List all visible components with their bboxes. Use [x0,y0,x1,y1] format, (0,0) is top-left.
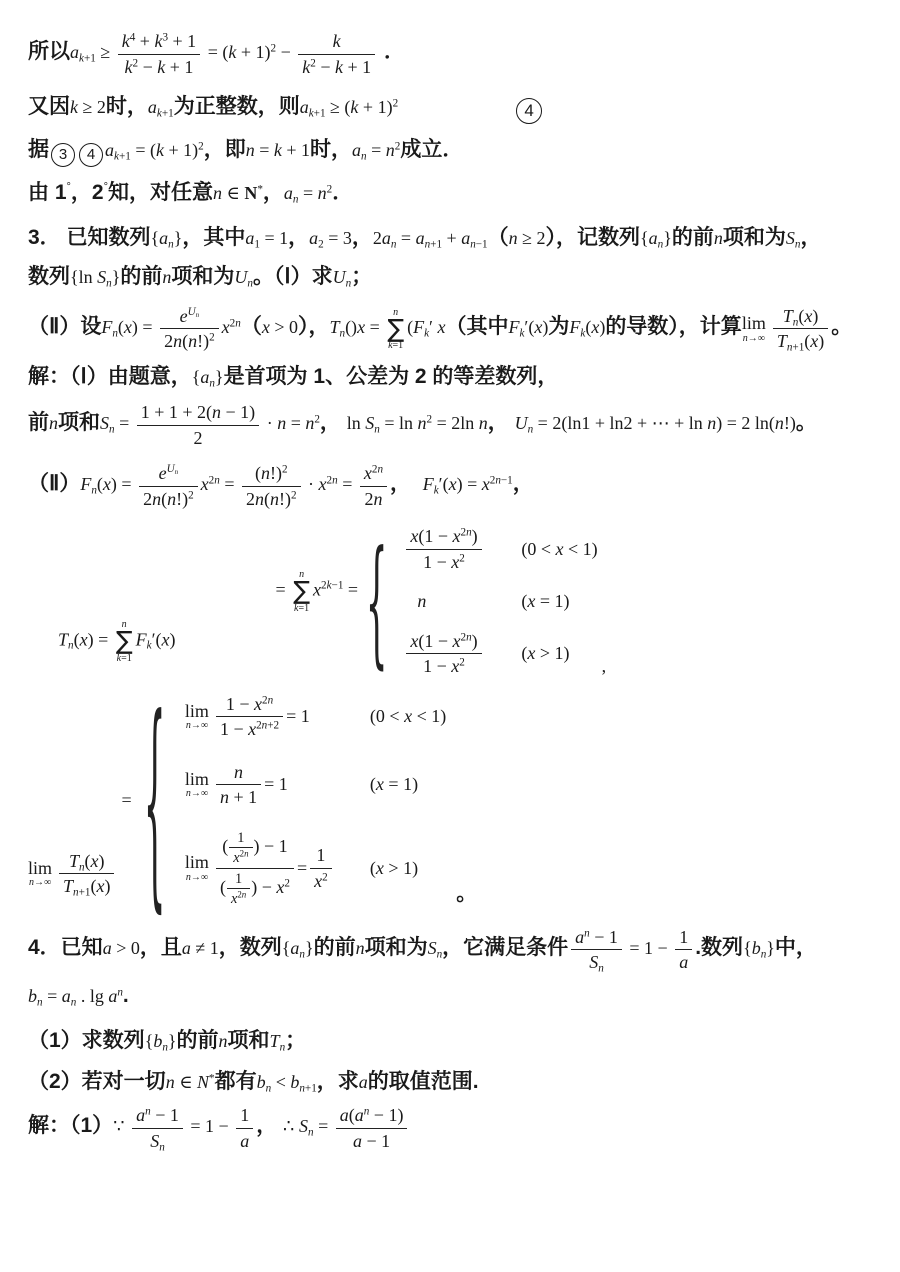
line-problem4-q1: （1）求数列{bn}的前n项和Tn； [28,1028,894,1054]
line-you-1-2-zhi: 由 1°，2°知，对任意n ∈ N*，an = n2． [28,180,894,206]
block-tnx-piecewise: Tn(x) = n∑k=1Fk′(x)= n∑k=1x2k−1 ={x(1 − … [58,525,894,678]
line-problem3-part1: 数列{ln Sn}的前n项和为Un。（Ⅰ）求Un； [28,264,894,290]
line-solution4-start: 解：（1）∵ an − 1Sn = 1 − 1a， ∴ Sn = a(an − … [28,1104,894,1152]
line-problem3-part2: （Ⅱ）设Fn(x) = eUn2n(n!)2x2n（x > 0），Tn()x =… [28,305,894,353]
line-problem3-statement: 3． 已知数列{an}，其中a1 = 1，a2 = 3，2an = an+1 +… [28,225,894,251]
math-document-page: 所以ak+1 ≥ k4 + k3 + 1k2 − k + 1 = (k + 1)… [0,0,900,1272]
line-problem4-statement: 4．已知a > 0，且a ≠ 1，数列{an}的前n项和为Sn，它满足条件an … [28,926,894,974]
line-k-ge-2-step4: 又因k ≥ 2时，ak+1为正整数，则ak+1 ≥ (k + 1)24 [28,94,894,124]
line-sn-lnsn-un: 前n项和Sn = 1 + 1 + 2(n − 1)2 · n = n2， ln … [28,401,894,449]
line-solution3-part1: 解：（Ⅰ）由题意，{an}是首项为 1、公差为 2 的等差数列， [28,364,894,390]
line-bn-definition: bn = an . lg an. [28,983,894,1009]
line-solution3-part2-fnx: （Ⅱ）Fn(x) = eUn2n(n!)2x2n = (n!)22n(n!)2 … [28,462,894,510]
line-problem4-q2: （2）若对一切n ∈ N*都有bn < bn+1，求a的取值范围. [28,1069,894,1095]
line-proof-conclusion: 所以ak+1 ≥ k4 + k3 + 1k2 − k + 1 = (k + 1)… [28,30,894,78]
line-ju-3-4: 据34ak+1 = (k + 1)2，即n = k + 1时，an = n2成立… [28,137,894,167]
block-limit-piecewise: limn→∞Tn(x)Tn+1(x)={limn→∞1 − x2n1 − x2n… [28,693,894,908]
